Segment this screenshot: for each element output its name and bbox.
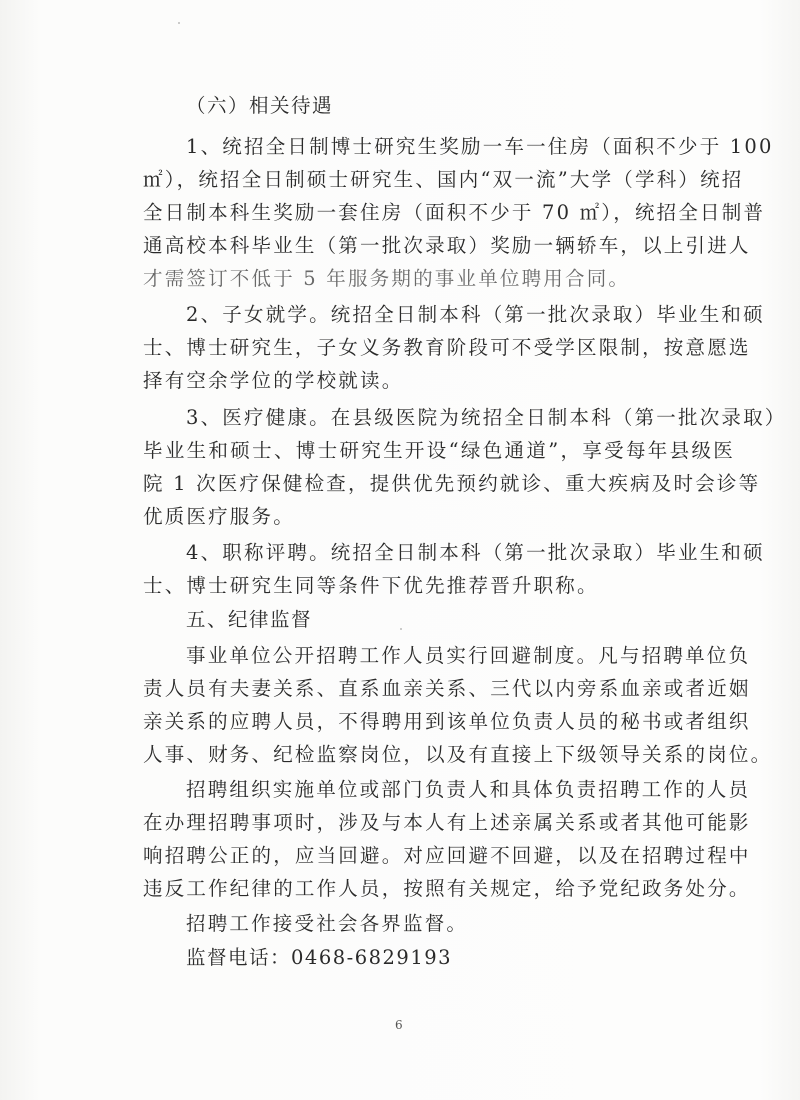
paragraph-line: 亲关系的应聘人员，不得聘用到该单位负责人员的秘书或者组织 — [143, 709, 735, 735]
paragraph-line: 院 1 次医疗保健检查，提供优先预约就诊、重大疾病及时会诊等 — [143, 471, 735, 497]
scan-speck — [178, 22, 180, 24]
supervision-hotline: 监督电话：0468-6829193 — [186, 945, 735, 971]
paragraph-line: 择有空余学位的学校就读。 — [143, 368, 735, 394]
paragraph-line: 责人员有夫妻关系、直系血亲关系、三代以内旁系血亲或者近姻 — [143, 676, 735, 702]
paragraph-line: 人事、财务、纪检监察岗位，以及有直接上下级领导关系的岗位。 — [143, 742, 735, 768]
paragraph-line: 1、统招全日制博士研究生奖励一车一住房（面积不少于 100 — [186, 134, 735, 160]
paragraph-line: 优质医疗服务。 — [143, 504, 735, 530]
paragraph-line: 全日制本科生奖励一套住房（面积不少于 70 ㎡），统招全日制普 — [143, 200, 735, 226]
paragraph-line: 通高校本科毕业生（第一批次录取）奖励一辆轿车，以上引进人 — [143, 233, 735, 259]
paragraph-line: 在办理招聘事项时，涉及与本人有上述亲属关系或者其他可能影 — [143, 810, 735, 836]
section-heading-benefits: （六）相关待遇 — [186, 93, 735, 119]
paragraph-line: 违反工作纪律的工作人员，按照有关规定，给予党纪政务处分。 — [143, 876, 735, 902]
paragraph-line: 事业单位公开招聘工作人员实行回避制度。凡与招聘单位负 — [186, 643, 735, 669]
paragraph-line: 士、博士研究生同等条件下优先推荐晋升职称。 — [143, 573, 735, 599]
paragraph-line: ㎡），统招全日制硕士研究生、国内“双一流”大学（学科）统招 — [143, 167, 735, 193]
paragraph-line: 毕业生和硕士、博士研究生开设“绿色通道”，享受每年县级医 — [143, 438, 735, 464]
paragraph-line: 4、职称评聘。统招全日制本科（第一批次录取）毕业生和硕 — [186, 540, 735, 566]
paragraph-line: 才需签订不低于 5 年服务期的事业单位聘用合同。 — [143, 266, 735, 292]
paragraph-line: 2、子女就学。统招全日制本科（第一批次录取）毕业生和硕 — [186, 302, 735, 328]
paragraph-line: 招聘组织实施单位或部门负责人和具体负责招聘工作的人员 — [186, 777, 735, 803]
page-number: 6 — [395, 1018, 403, 1032]
paragraph-line: 响招聘公正的，应当回避。对应回避不回避，以及在招聘过程中 — [143, 843, 735, 869]
paragraph-line: 士、博士研究生，子女义务教育阶段可不受学区限制，按意愿选 — [143, 335, 735, 361]
paragraph-line: 3、医疗健康。在县级医院为统招全日制本科（第一批次录取） — [186, 405, 735, 431]
paragraph-line: 招聘工作接受社会各界监督。 — [186, 911, 735, 937]
section-heading-discipline: 五、纪律监督 — [186, 607, 735, 633]
scan-speck — [400, 628, 402, 630]
document-page: （六）相关待遇 1、统招全日制博士研究生奖励一车一住房（面积不少于 100 ㎡）… — [0, 0, 800, 1100]
scan-speck — [560, 318, 562, 320]
